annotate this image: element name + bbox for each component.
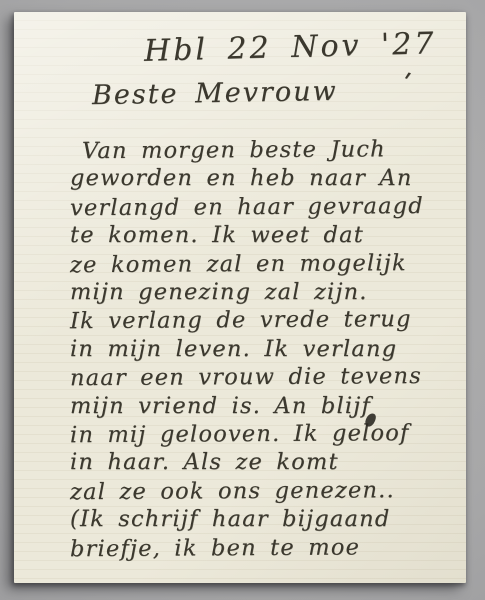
letter-body-line: Van morgen beste Juch: [82, 135, 460, 166]
letter-body: Van morgen beste Juchgeworden en heb naa…: [70, 136, 460, 562]
letter-paper: Hbl 22 Nov '27 Beste Mevrouw ʹ Van morge…: [14, 12, 466, 583]
photo-background: Hbl 22 Nov '27 Beste Mevrouw ʹ Van morge…: [0, 0, 485, 600]
letter-body-line: (Ik schrijf haar bijgaand: [70, 505, 460, 533]
letter-body-line: zal ze ook ons genezen..: [70, 476, 460, 507]
letter-body-line: briefje, ik ben te moe: [70, 532, 460, 563]
letter-body-line: te komen. Ik weet dat: [70, 221, 460, 249]
letter-dateline: Hbl 22 Nov '27: [144, 26, 437, 69]
letter-body-line: mijn vriend is. An blijf: [70, 392, 460, 420]
ink-stray-mark: ʹ: [398, 70, 412, 101]
letter-body-line: in mijn leven. Ik verlang: [70, 335, 460, 363]
letter-salutation: Beste Mevrouw: [92, 76, 338, 111]
letter-body-line: naar een vrouw die tevens: [70, 362, 460, 393]
letter-body-line: ze komen zal en mogelijk: [70, 248, 460, 279]
letter-body-line: mijn genezing zal zijn.: [70, 278, 460, 306]
letter-body-line: in haar. Als ze komt: [70, 448, 460, 476]
letter-body-line: verlangd en haar gevraagd: [70, 192, 460, 223]
letter-body-line: Ik verlang de vrede terug: [70, 305, 460, 336]
letter-body-line: geworden en heb naar An: [70, 164, 460, 192]
letter-body-line: in mij gelooven. Ik geloof: [70, 419, 460, 450]
